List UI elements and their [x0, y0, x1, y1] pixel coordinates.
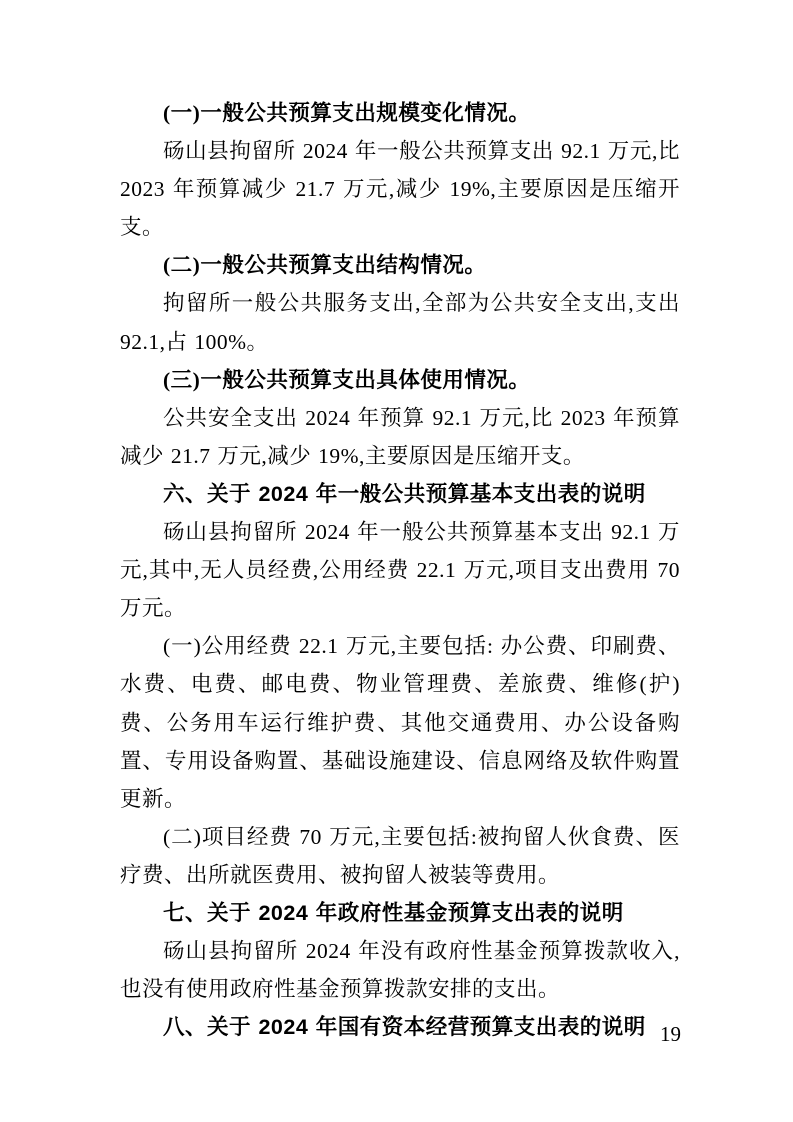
doc-paragraph-project-funds: (二)项目经费 70 万元,主要包括:被拘留人伙食费、医疗费、出所就医费用、被拘…: [120, 818, 680, 894]
doc-heading-section-seven: 七、关于 2024 年政府性基金预算支出表的说明: [120, 894, 680, 932]
doc-paragraph: 砀山县拘留所 2024 年一般公共预算支出 92.1 万元,比 2023 年预算…: [120, 132, 680, 246]
doc-paragraph: 公共安全支出 2024 年预算 92.1 万元,比 2023 年预算减少 21.…: [120, 399, 680, 475]
doc-heading-section-eight: 八、关于 2024 年国有资本经营预算支出表的说明: [120, 1008, 680, 1046]
doc-heading-budget-scale-change: (一)一般公共预算支出规模变化情况。: [120, 94, 680, 132]
doc-paragraph: 砀山县拘留所 2024 年没有政府性基金预算拨款收入,也没有使用政府性基金预算拨…: [120, 932, 680, 1008]
doc-paragraph: 拘留所一般公共服务支出,全部为公共安全支出,支出 92.1,占 100%。: [120, 284, 680, 360]
doc-heading-budget-specific-usage: (三)一般公共预算支出具体使用情况。: [120, 361, 680, 399]
doc-paragraph: 砀山县拘留所 2024 年一般公共预算基本支出 92.1 万元,其中,无人员经费…: [120, 513, 680, 627]
page-number: 19: [660, 1020, 681, 1048]
doc-heading-section-six: 六、关于 2024 年一般公共预算基本支出表的说明: [120, 475, 680, 513]
doc-heading-budget-structure: (二)一般公共预算支出结构情况。: [120, 246, 680, 284]
document-page: (一)一般公共预算支出规模变化情况。 砀山县拘留所 2024 年一般公共预算支出…: [0, 0, 793, 1122]
document-body: (一)一般公共预算支出规模变化情况。 砀山县拘留所 2024 年一般公共预算支出…: [120, 94, 680, 1046]
doc-paragraph-public-funds: (一)公用经费 22.1 万元,主要包括: 办公费、印刷费、水费、电费、邮电费、…: [120, 627, 680, 817]
